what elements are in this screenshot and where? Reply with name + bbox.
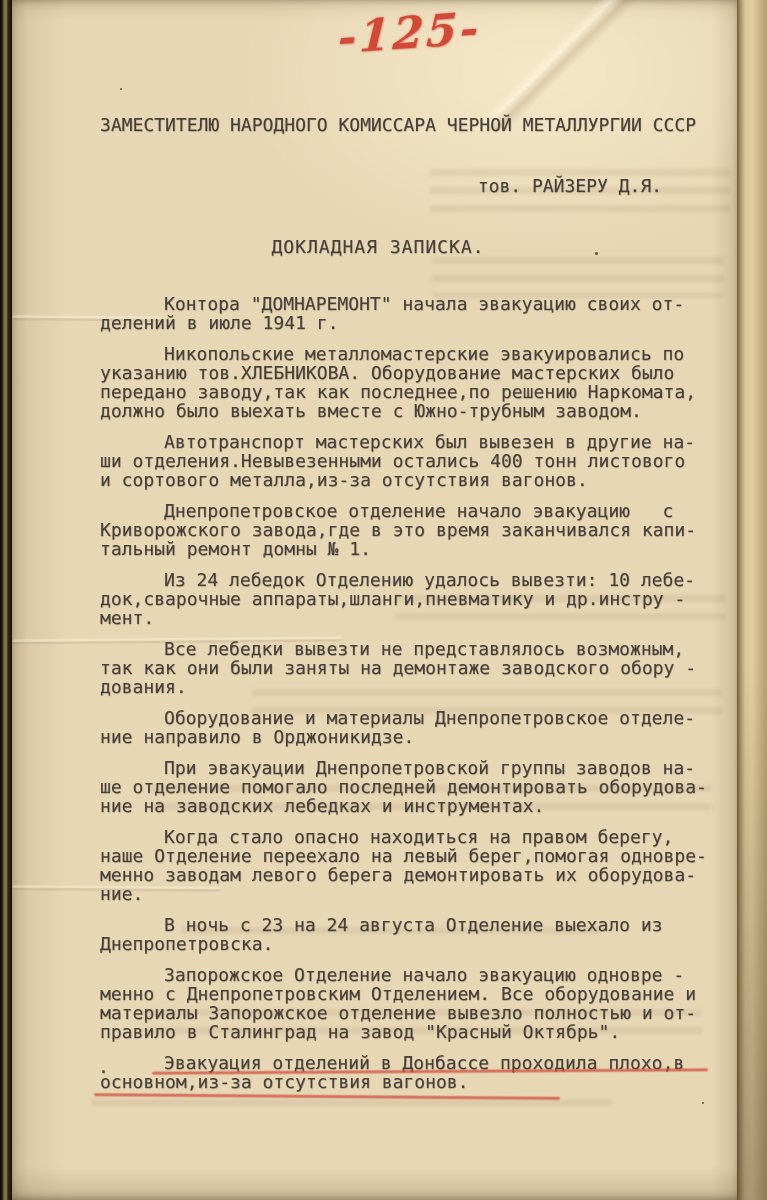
document-title: ДОКЛАДНАЯ ЗАПИСКА. — [100, 238, 712, 257]
paragraph-12: Эвакуация отделений в Донбассе проходила… — [100, 1054, 712, 1092]
paragraphs: Контора "ДОМНАРЕМОНТ" начала эвакуацию с… — [100, 295, 712, 1092]
paragraph-11: Запорожское Отделение начало эвакуацию о… — [100, 966, 712, 1042]
red-underline-stroke-1 — [152, 1068, 708, 1074]
paragraph-3: Автотранспорт мастерских был вывезен в д… — [100, 433, 712, 490]
paragraph-5: Из 24 лебедок Отделению удалось вывезти:… — [100, 571, 712, 628]
recipient-line: ЗАМЕСТИТЕЛЮ НАРОДНОГО КОМИССАРА ЧЕРНОЙ М… — [100, 116, 712, 135]
paragraph-4: Днепропетровское отделение начало эвакуа… — [100, 502, 712, 559]
paragraph-6: Все лебедки вывезти не представлялось во… — [100, 640, 712, 697]
paragraph-10: В ночь с 23 на 24 августа Отделение выех… — [100, 916, 712, 954]
paragraph-2: Никопольские металломастерские эвакуиров… — [100, 345, 712, 421]
paragraph-9: Когда стало опасно находиться на правом … — [100, 828, 712, 904]
typewritten-content: ЗАМЕСТИТЕЛЮ НАРОДНОГО КОМИССАРА ЧЕРНОЙ М… — [12, 0, 737, 1092]
binding-edge — [0, 0, 12, 1200]
page-number-annotation: -125- — [337, 3, 483, 64]
page-stack-edge — [737, 0, 767, 1200]
addressee-line: тов. РАЙЗЕРУ Д.Я. — [100, 177, 662, 196]
document-scan: ЗАМЕСТИТЕЛЮ НАРОДНОГО КОМИССАРА ЧЕРНОЙ М… — [0, 0, 767, 1200]
paragraph-7: Оборудование и материалы Днепропетровско… — [100, 709, 712, 747]
paragraph-8: При эвакуации Днепропетровской группы за… — [100, 759, 712, 816]
paper-sheet: ЗАМЕСТИТЕЛЮ НАРОДНОГО КОМИССАРА ЧЕРНОЙ М… — [12, 0, 737, 1200]
ink-speck — [702, 1102, 704, 1104]
paragraph-1: Контора "ДОМНАРЕМОНТ" начала эвакуацию с… — [100, 295, 712, 333]
stray-mark: . — [98, 1058, 109, 1077]
red-underline-stroke-2 — [94, 1093, 560, 1100]
